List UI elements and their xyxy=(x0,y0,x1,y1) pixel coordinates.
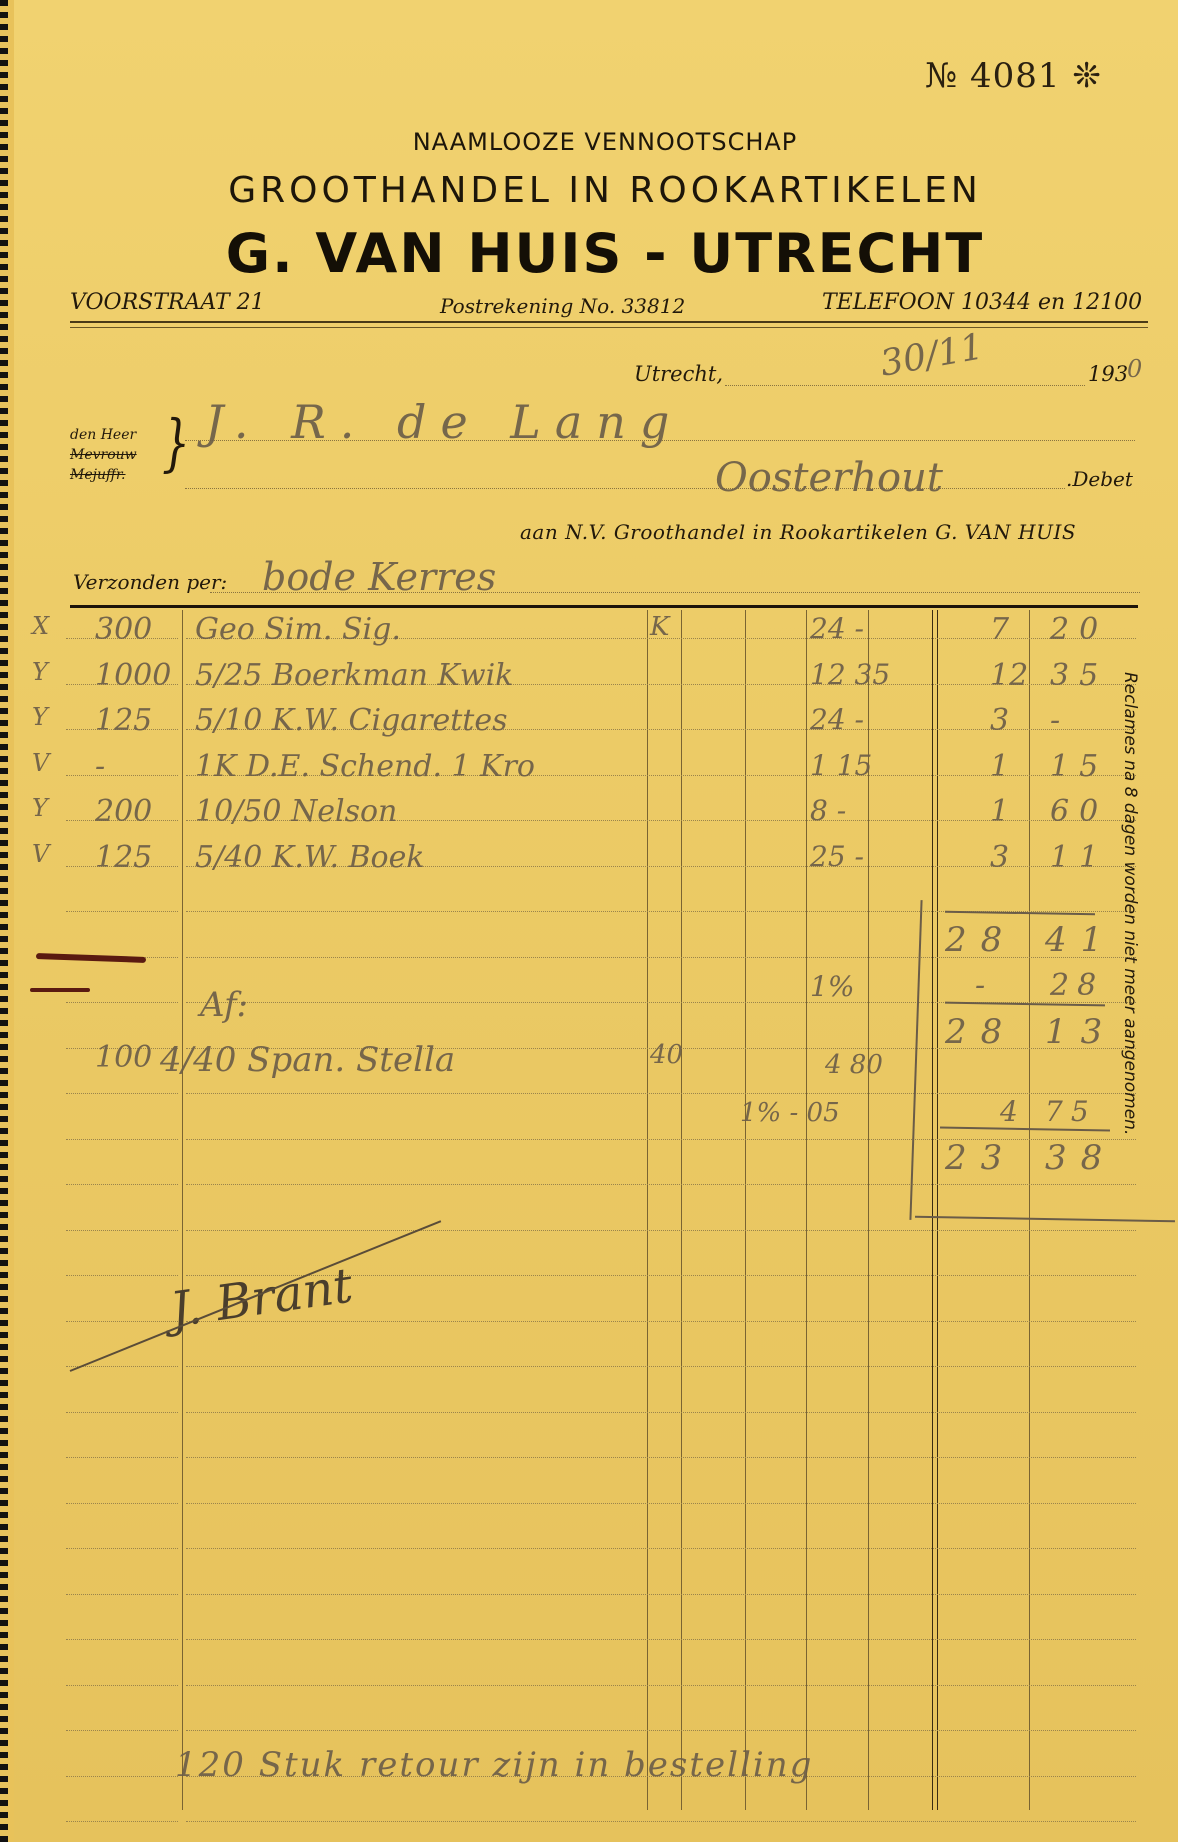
item-amount: 1 xyxy=(990,749,1009,784)
shipping-label: Verzonden per: xyxy=(73,570,227,594)
item-unit-price: 8 - xyxy=(810,794,846,827)
ruled-line xyxy=(66,1002,178,1003)
ruled-line xyxy=(66,1275,178,1276)
ruled-line xyxy=(186,1457,1136,1458)
shipping-value: bode Kerres xyxy=(262,555,496,599)
item-amount: 12 xyxy=(990,658,1028,693)
item-description: 10/50 Nelson xyxy=(195,794,397,829)
ruled-line xyxy=(186,1821,1136,1822)
column-divider xyxy=(182,610,183,1810)
ruled-line xyxy=(186,1230,1136,1231)
subtotal-amount: 28 xyxy=(945,920,1016,960)
date-year-prefix: 193 xyxy=(1088,362,1128,386)
column-divider xyxy=(681,610,682,1810)
item-note: K xyxy=(650,612,669,642)
ruled-line xyxy=(66,775,178,776)
item-mark: X xyxy=(32,612,49,640)
ruled-line xyxy=(66,911,178,912)
ruled-line xyxy=(66,1730,178,1731)
debet-label: .Debet xyxy=(1066,467,1133,491)
after-discount-cents: 13 xyxy=(1045,1012,1116,1052)
extra-description: 4/40 Span. Stella xyxy=(160,1040,455,1080)
item-amount: 3 xyxy=(990,703,1009,738)
discount-amount: - xyxy=(975,968,985,1003)
footer-note: 120 Stuk retour zijn in bestelling xyxy=(175,1745,813,1785)
item-amount: 3 xyxy=(990,840,1009,875)
salutation-mejuffr: Mejuffr. xyxy=(70,465,137,485)
item-quantity: 200 xyxy=(95,794,152,829)
extra-amount: 4 xyxy=(1000,1095,1018,1128)
ruled-line xyxy=(66,1548,178,1549)
item-amount: 7 xyxy=(990,612,1009,647)
date-year-suffix: 0 xyxy=(1127,355,1142,383)
trade-description: GROOTHANDEL IN ROOKARTIKELEN xyxy=(0,170,1178,211)
item-cents: 20 xyxy=(1050,612,1108,647)
ruled-line xyxy=(66,1594,178,1595)
date-place: Utrecht, xyxy=(634,362,723,386)
ruled-line xyxy=(66,1776,178,1777)
item-cents: 15 xyxy=(1050,749,1108,784)
item-quantity: 125 xyxy=(95,703,152,738)
addressee-name: J. R. de Lang xyxy=(205,395,683,449)
ruled-line xyxy=(186,1184,1136,1185)
item-description: 5/25 Boerkman Kwik xyxy=(195,658,513,693)
extra-qty: 100 xyxy=(95,1040,152,1075)
item-quantity: 125 xyxy=(95,840,152,875)
ruled-line xyxy=(186,1639,1136,1640)
ruled-line xyxy=(186,1685,1136,1686)
ruled-line xyxy=(186,1321,1136,1322)
column-divider xyxy=(647,610,648,1810)
invoice-number: № 4081 ❊ xyxy=(925,56,1102,96)
item-quantity: - xyxy=(95,749,105,784)
salutation-mevrouw: Mevrouw xyxy=(70,445,137,465)
item-description: Geo Sim. Sig. xyxy=(195,612,401,647)
extra-cents: 75 xyxy=(1045,1095,1097,1128)
ruled-line xyxy=(186,1548,1136,1549)
item-cents: 35 xyxy=(1050,658,1108,693)
ruled-line xyxy=(186,1366,1136,1367)
item-mark: Y xyxy=(32,703,48,731)
ruled-line xyxy=(66,1184,178,1185)
item-unit-price: 24 - xyxy=(810,612,864,645)
total-amount: 23 xyxy=(945,1138,1016,1178)
item-mark: V xyxy=(32,840,49,868)
ruled-line xyxy=(186,1412,1136,1413)
column-divider xyxy=(1029,610,1030,1810)
date-dotted-line xyxy=(725,385,1085,386)
extra-discount-note: 1% - 05 xyxy=(740,1098,840,1128)
discount-label: 1% xyxy=(810,970,854,1003)
ruled-line xyxy=(66,1412,178,1413)
header-rule xyxy=(70,321,1148,323)
extra-header: Af: xyxy=(200,985,248,1025)
creditor-line: aan N.V. Groothandel in Rookartikelen G.… xyxy=(520,520,1076,544)
ruled-line xyxy=(186,1093,1136,1094)
item-description: 5/40 K.W. Boek xyxy=(195,840,425,875)
discount-cents: 28 xyxy=(1050,968,1104,1003)
item-unit-price: 25 - xyxy=(810,840,864,873)
item-unit-price: 1 15 xyxy=(810,749,872,782)
header-rule-thin xyxy=(70,327,1148,328)
extra-price: 4 80 xyxy=(825,1050,883,1080)
item-description: 1K D.E. Schend. 1 Kro xyxy=(195,749,535,784)
item-quantity: 300 xyxy=(95,612,152,647)
total-cents: 38 xyxy=(1045,1138,1116,1178)
item-cents: 60 xyxy=(1050,794,1108,829)
postrekening: Postrekening No. 33812 xyxy=(440,294,685,318)
ruled-line xyxy=(66,1321,178,1322)
ruled-line xyxy=(66,1685,178,1686)
item-cents: 11 xyxy=(1050,840,1108,875)
column-divider-double xyxy=(932,610,933,1810)
item-description: 5/10 K.W. Cigarettes xyxy=(195,703,508,738)
complaints-notice: Reclames na 8 dagen worden niet meer aan… xyxy=(1120,672,1140,1135)
salutation-brace: } xyxy=(162,408,190,479)
item-mark: V xyxy=(32,749,49,777)
ruled-line xyxy=(186,1503,1136,1504)
item-unit-price: 12 35 xyxy=(810,658,890,691)
telefoon: TELEFOON 10344 en 12100 xyxy=(822,290,1142,315)
legal-form: NAAMLOOZE VENNOOTSCHAP xyxy=(0,128,1178,156)
ruled-line xyxy=(66,1639,178,1640)
ruled-line xyxy=(66,1230,178,1231)
ruled-line xyxy=(186,1594,1136,1595)
salutation-heer: den Heer xyxy=(70,425,137,445)
item-quantity: 1000 xyxy=(95,658,171,693)
ruled-line xyxy=(66,1457,178,1458)
salutation-block: den Heer Mevrouw Mejuffr. xyxy=(70,425,137,485)
subtotal-cents: 41 xyxy=(1045,920,1116,960)
addressee-place: Oosterhout xyxy=(715,455,943,501)
ruled-line xyxy=(66,1821,178,1822)
company-name: G. VAN HUIS - UTRECHT xyxy=(0,222,1178,285)
company-address: VOORSTRAAT 21 xyxy=(70,290,265,315)
ruled-line xyxy=(66,1093,178,1094)
item-mark: Y xyxy=(32,794,48,822)
column-divider xyxy=(745,610,746,1810)
ruled-line xyxy=(66,1503,178,1504)
item-mark: Y xyxy=(32,658,48,686)
after-discount-amount: 28 xyxy=(945,1012,1016,1052)
column-divider xyxy=(868,610,869,1810)
item-unit-price: 24 - xyxy=(810,703,864,736)
extra-note: 40 xyxy=(650,1040,683,1070)
column-divider-double xyxy=(937,610,938,1810)
red-ink-mark xyxy=(30,988,90,992)
item-cents: - xyxy=(1050,703,1070,738)
ruled-line xyxy=(66,1139,178,1140)
ruled-line xyxy=(186,1730,1136,1731)
table-top-rule xyxy=(70,605,1138,608)
column-divider xyxy=(806,610,807,1810)
item-amount: 1 xyxy=(990,794,1009,829)
